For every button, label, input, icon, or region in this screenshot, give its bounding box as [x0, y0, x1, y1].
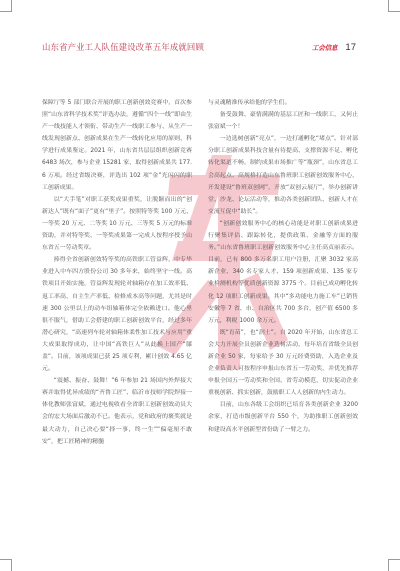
paragraph: “震撼、振奋、鼓舞！”6 年参加 21 场国内外焊接大赛并取得优异成绩的“齐鲁工…: [42, 375, 192, 448]
brand-logo: 工会信息: [312, 42, 338, 52]
right-column: 与灵魂精准传承给他的学生们。 备受鼓舞、豪情满满的基层工匠和一线职工，又何止张富…: [208, 97, 358, 448]
running-title: 山东省产业工人队伍建设改革五年成就回顾: [42, 41, 204, 53]
paragraph: 既“育苗”，也“润土”。自 2020 年开始，山东省总工会大力开展全员创新企业选…: [208, 327, 358, 400]
paragraph: 以“大手笔”对职工获奖成果重奖，让脱颖而出的“创新达人”既有“面子”更有“里子”…: [42, 194, 192, 254]
article-body: 保障厅等 5 部门联合开展的职工创新创效竞赛中，首次参照“山东省科学技术奖”评选…: [42, 97, 358, 448]
paragraph: 一边选树创新“亮点”，一边打通孵化“堵点”。针对部分职工创新成果科技含量有待提高…: [208, 133, 358, 218]
crop-mark-bottom-right: [388, 559, 400, 571]
paragraph: 目前，山东各级工会组织已培育各类创新企业 3200 余家，打造市级创新平台 55…: [208, 399, 358, 435]
paragraph: 保障厅等 5 部门联合开展的职工创新创效竞赛中，首次参照“山东省科学技术奖”评选…: [42, 97, 192, 194]
header-right: 工会信息 17: [312, 42, 356, 53]
crop-mark-bottom-left: [0, 559, 12, 571]
left-column: 保障厅等 5 部门联合开展的职工创新创效竞赛中，首次参照“山东省科学技术奖”评选…: [42, 97, 192, 448]
page-header: 山东省产业工人队伍建设改革五年成就回顾 工会信息 17: [42, 40, 356, 54]
page-number: 17: [345, 42, 356, 53]
paragraph: 与灵魂精准传承给他的学生们。: [208, 97, 358, 109]
paragraph: 捧得全省创新创效特等奖的高铁职工管益辉，中专毕业进入中车四方股份公司 30 多年…: [42, 254, 192, 375]
paragraph: “创新创效服务中心的核心功能是对职工创新成果进行聚集评估、跟踪转化，提供政策、金…: [208, 218, 358, 327]
crop-mark-top-right: [388, 0, 400, 12]
paragraph: 备受鼓舞、豪情满满的基层工匠和一线职工，又何止张富斌一个！: [208, 109, 358, 133]
crop-mark-top-left: [0, 0, 12, 12]
